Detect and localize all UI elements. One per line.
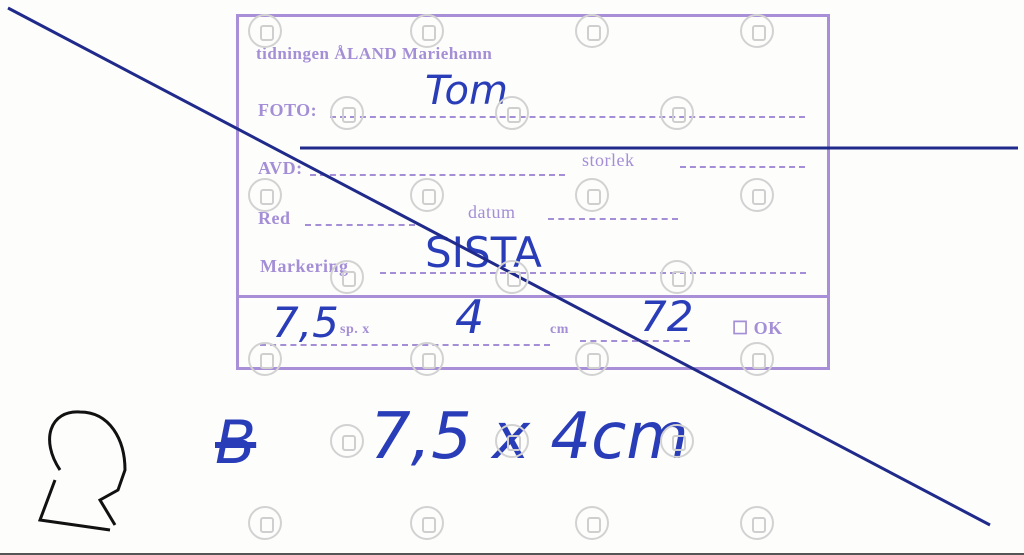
watermark-icon: [660, 96, 694, 130]
watermark-icon: [248, 506, 282, 540]
watermark-icon: [575, 14, 609, 48]
watermark-icon: [495, 260, 529, 294]
watermark-icon: [740, 178, 774, 212]
watermark-icon: [330, 96, 364, 130]
watermark-icon: [410, 342, 444, 376]
watermark-icon: [660, 424, 694, 458]
watermark-icon: [330, 260, 364, 294]
watermark-icon: [575, 178, 609, 212]
watermark-icon: [740, 14, 774, 48]
watermark-icon: [740, 342, 774, 376]
watermark-icon: [410, 506, 444, 540]
watermark-icon: [495, 424, 529, 458]
watermark-icon: [410, 178, 444, 212]
watermark-icon: [495, 96, 529, 130]
portrait-logo-icon: [40, 412, 125, 530]
watermark-icon: [248, 342, 282, 376]
watermark-icon: [575, 342, 609, 376]
watermark-icon: [575, 506, 609, 540]
photo-card-back: tidningen ÅLAND Mariehamn FOTO: AVD: sto…: [0, 0, 1024, 555]
watermark-icon: [330, 424, 364, 458]
watermark-icon: [410, 14, 444, 48]
watermark-icon: [740, 506, 774, 540]
watermark-icon: [248, 14, 282, 48]
watermark-icon: [660, 260, 694, 294]
watermark-icon: [248, 178, 282, 212]
